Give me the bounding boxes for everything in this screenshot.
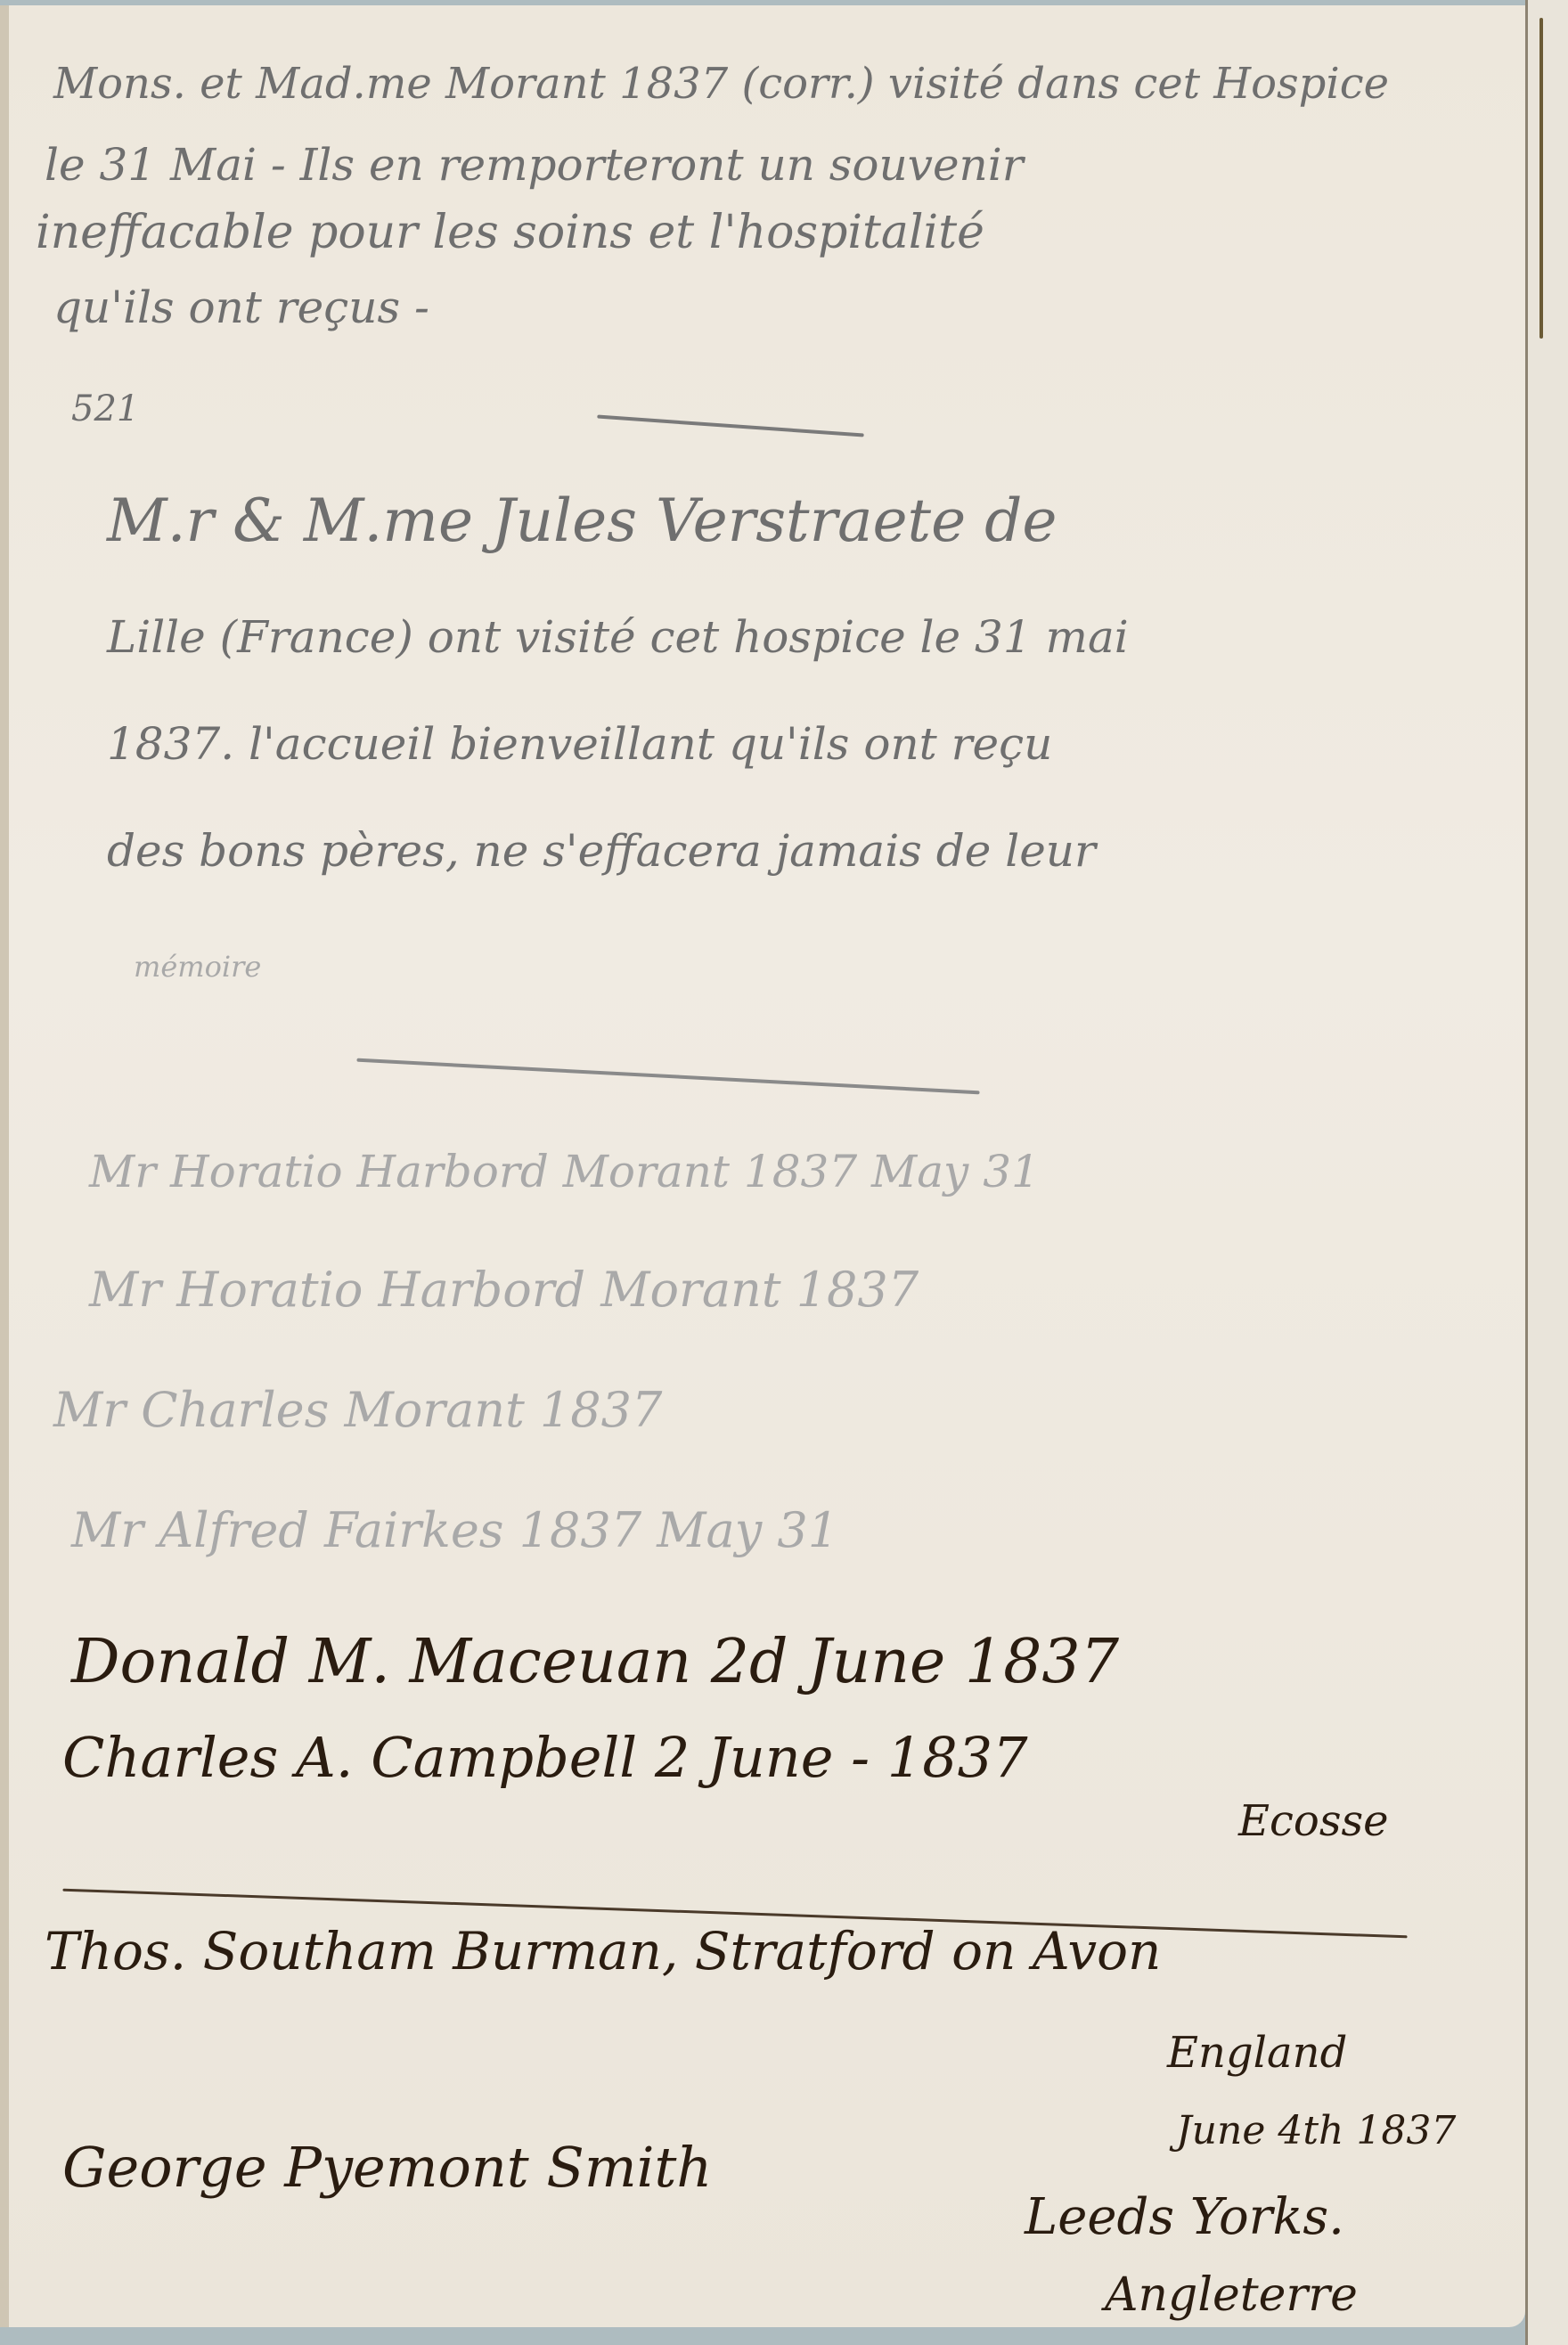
entry-horatio-1: Mr Horatio Harbord Morant 1837 May 31 <box>89 1146 1040 1197</box>
gutter-ink-line <box>1539 18 1543 339</box>
manuscript-page: 521 Mons. et Mad.me Morant 1837 (corr.) … <box>0 5 1525 2327</box>
entry-burman: Thos. Southam Burman, Stratford on Avon <box>45 1921 1161 1981</box>
entry-verstraete-line-4: des bons pères, ne s'effacera jamais de … <box>107 825 1096 877</box>
entry-smith-date: June 4th 1837 <box>1176 2108 1456 2153</box>
page-number: 521 <box>71 388 139 429</box>
entry-verstraete-line-5: mémoire <box>134 950 261 984</box>
entry-horatio-2: Mr Horatio Harbord Morant 1837 <box>89 1262 919 1318</box>
entry-morant-line-4: qu'ils ont reçus - <box>53 282 429 333</box>
entry-morant-line-3: ineffacable pour les soins et l'hospital… <box>36 206 984 259</box>
entry-campbell-note: Ecosse <box>1238 1796 1389 1846</box>
book-gutter <box>1525 0 1568 2345</box>
entry-smith: George Pyemont Smith <box>62 2135 712 2200</box>
entry-campbell: Charles A. Campbell 2 June - 1837 <box>62 1725 1028 1790</box>
entry-alfred: Mr Alfred Fairkes 1837 May 31 <box>71 1502 838 1558</box>
entry-charles-morant: Mr Charles Morant 1837 <box>53 1382 662 1438</box>
entry-verstraete-line-3: 1837. l'accueil bienveillant qu'ils ont … <box>107 718 1052 770</box>
entry-verstraete-line-1: M.r & M.me Jules Verstraete de <box>107 486 1057 555</box>
entry-morant-line-2: le 31 Mai - Ils en remporteront un souve… <box>45 139 1024 191</box>
entry-maceuan: Donald M. Maceuan 2d June 1837 <box>71 1627 1119 1697</box>
divider-rule <box>356 1058 979 1095</box>
entry-verstraete-line-2: Lille (France) ont visité cet hospice le… <box>107 611 1129 663</box>
entry-burman-note: England <box>1167 2028 1347 2078</box>
divider-rule <box>597 415 864 437</box>
entry-smith-country: Angleterre <box>1105 2268 1358 2322</box>
entry-morant-line-1: Mons. et Mad.me Morant 1837 (corr.) visi… <box>53 59 1389 109</box>
entry-smith-place: Leeds Yorks. <box>1025 2188 1344 2246</box>
